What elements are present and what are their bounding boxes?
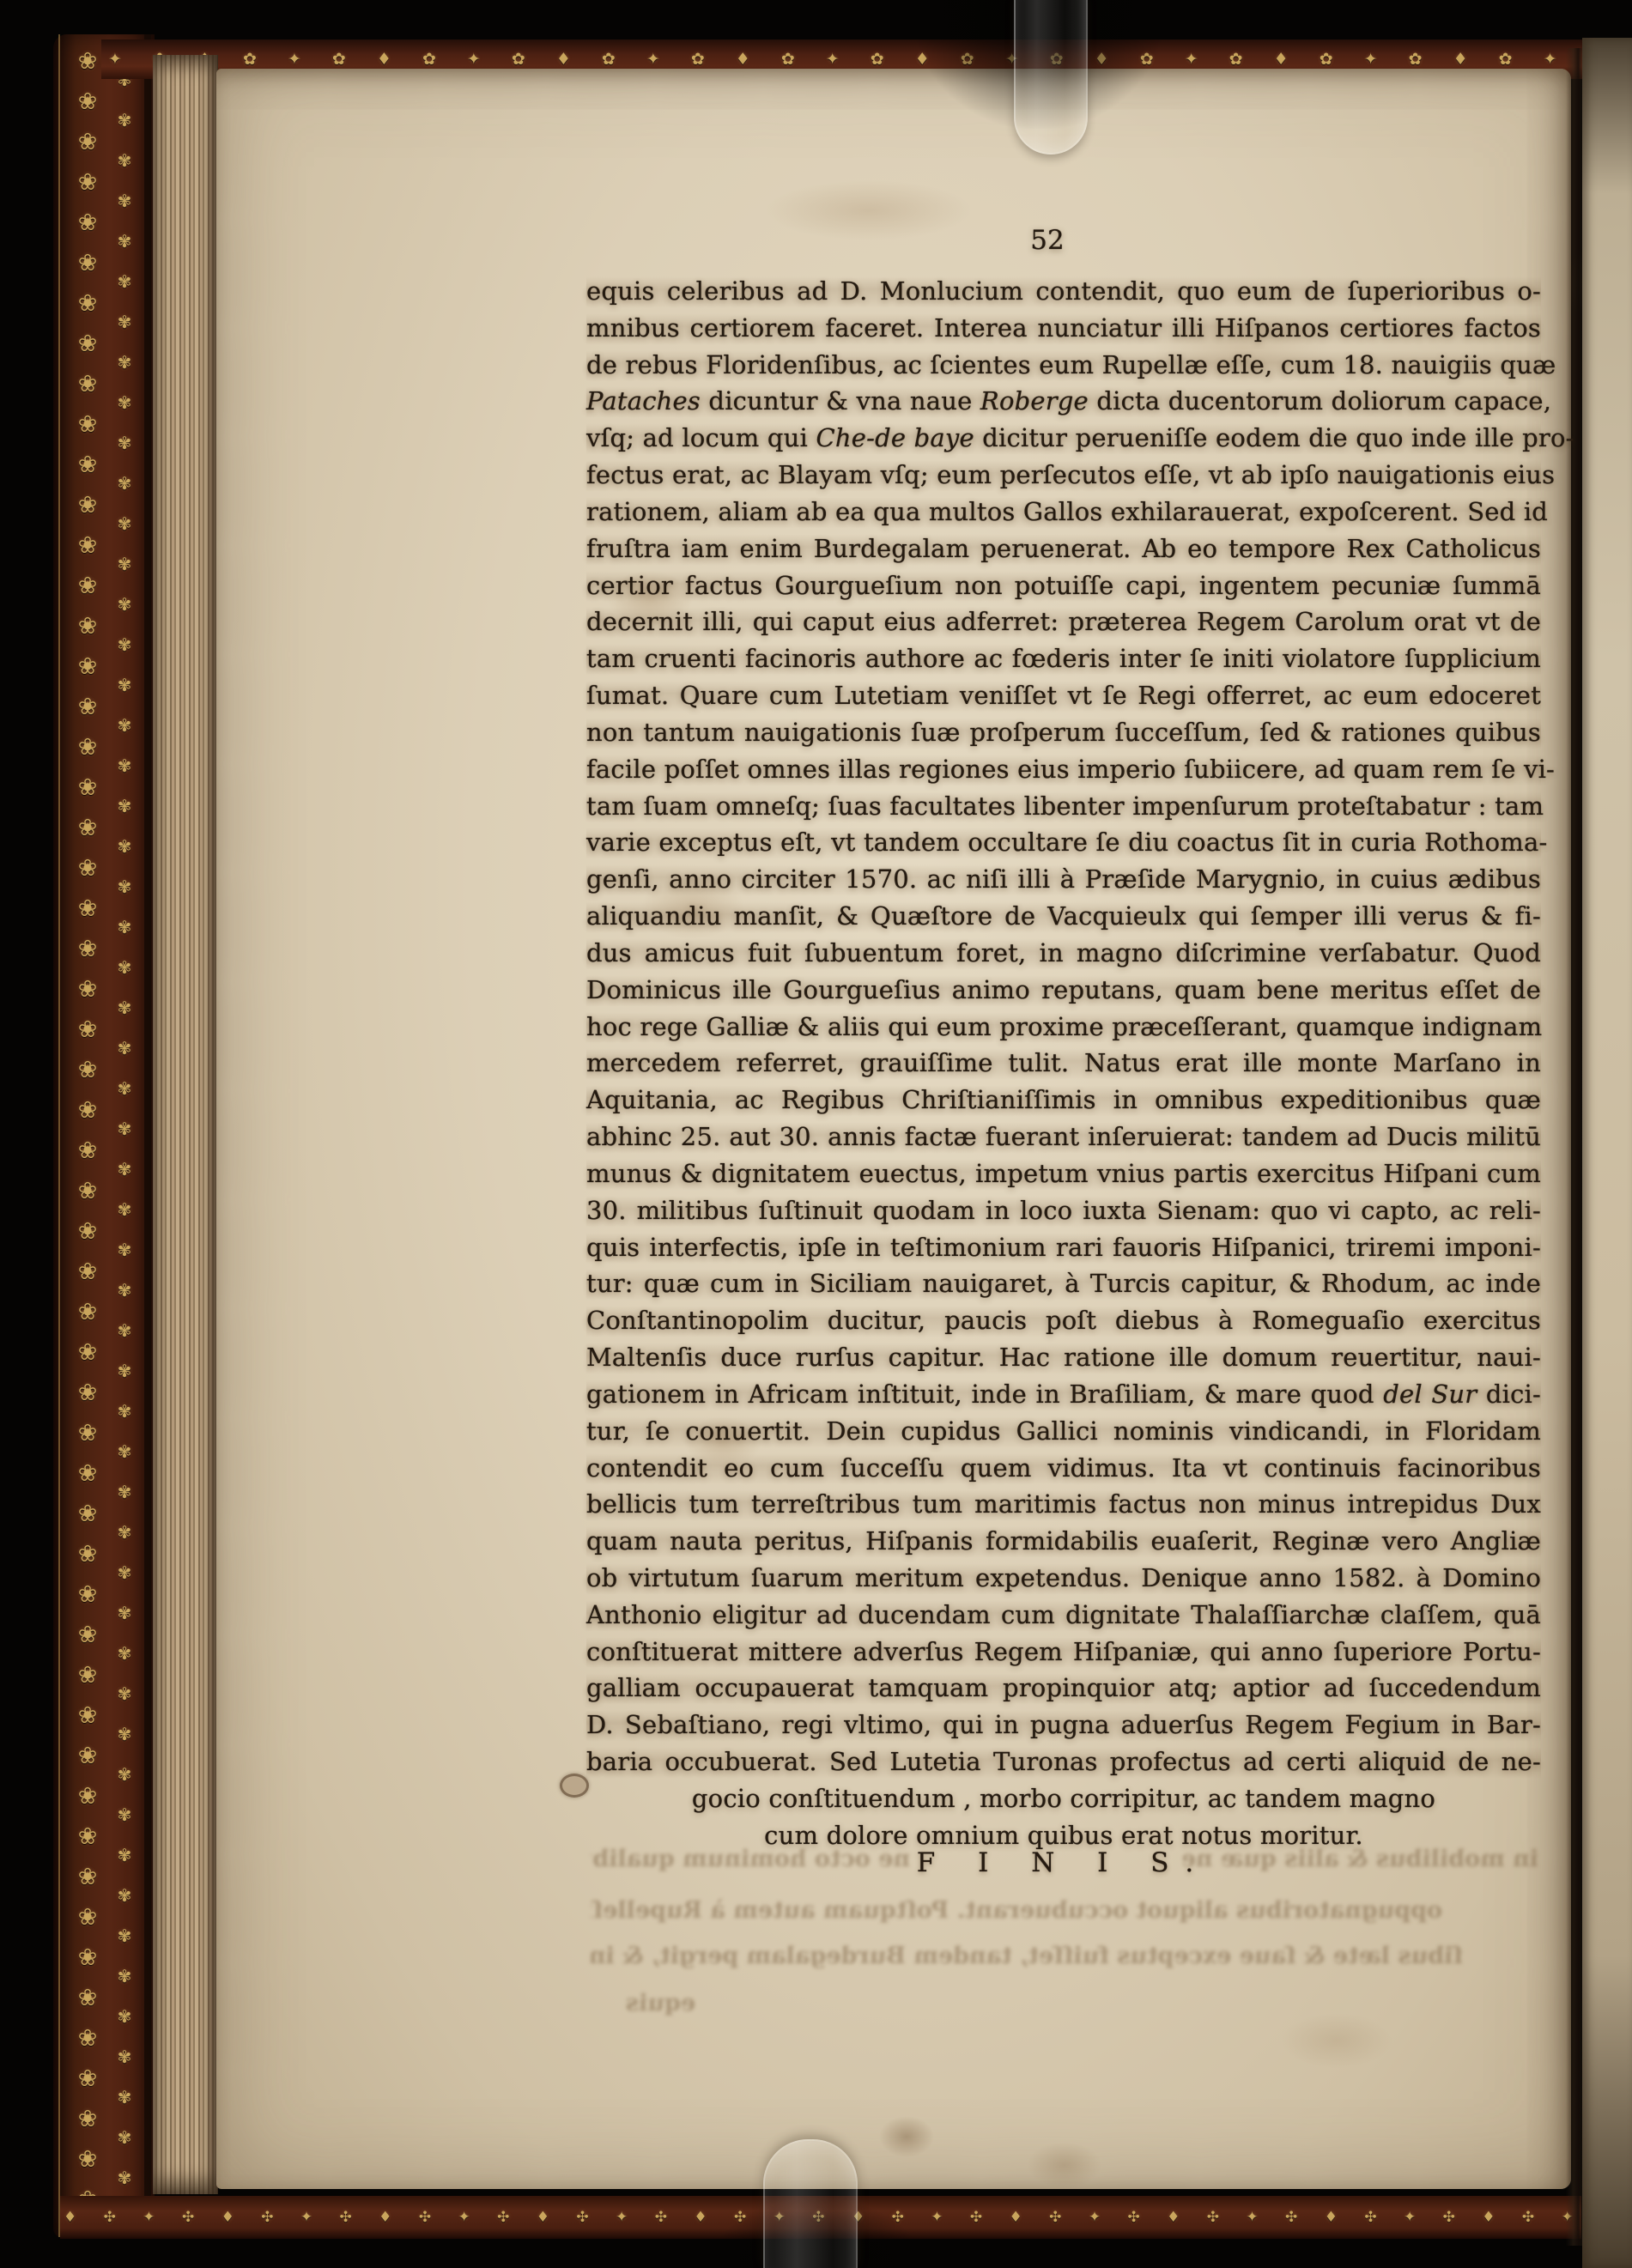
text-segment: quis interfectis, ipſe in teſtimonium ra… [586, 1233, 1541, 1262]
text-line-42: gocio conſtituendum , morbo corripitur, … [586, 1780, 1541, 1817]
text-segment: quam nauta peritus, Hiſpanis formidabili… [586, 1526, 1541, 1555]
leather-binding-left: ❀ ❀ ❀ ❀ ❀ ❀ ❀ ❀ ❀ ❀ ❀ ❀ ❀ ❀ ❀ ❀ ❀ ❀ ❀ ❀ … [53, 34, 155, 2237]
text-segment: de rebus Floridenſibus, ac ſcientes eum … [586, 350, 1556, 379]
text-segment: ſumat. Quare cum Lutetiam veniſſet vt ſe… [586, 681, 1541, 710]
text-line-12: ſumat. Quare cum Lutetiam veniſſet vt ſe… [586, 677, 1541, 714]
paper-stain [1028, 2142, 1101, 2188]
ghost-bleedthrough-line: ne octo hominum qualibus [591, 1846, 910, 1872]
text-segment: bellicis tum terreſtribus tum maritimis … [586, 1489, 1541, 1519]
text-segment: D. Sebaſtiano, regi vltimo, qui in pugna… [586, 1710, 1541, 1739]
text-line-26: 30. militibus ſuſtinuit quodam in loco i… [586, 1192, 1541, 1229]
text-line-22: mercedem referret, grauiſſime tulit. Nat… [586, 1045, 1541, 1082]
latin-text-block: equis celeribus ad D. Monlucium contendi… [586, 273, 1541, 1854]
text-line-9: certior factus Gourgueſium non potuiſſe … [586, 567, 1541, 604]
text-line-7: rationem, aliam ab ea qua multos Gallos … [586, 494, 1541, 531]
text-line-39: galliam occupauerat tamquam propinquior … [586, 1670, 1541, 1707]
text-line-38: conſtituerat mittere adverſus Regem Hiſp… [586, 1634, 1541, 1671]
text-line-3: de rebus Floridenſibus, ac ſcientes eum … [586, 347, 1541, 384]
ghost-bleedthrough-line: in mobilibus & aliis quæ ne [1183, 1846, 1538, 1872]
text-line-13: non tantum nauigationis ſuæ proſperum ſu… [586, 714, 1541, 751]
text-line-20: Dominicus ille Gourgueſius animo reputan… [586, 972, 1541, 1009]
page-fore-edge-stack [153, 55, 218, 2194]
italic-text-segment: Pataches [586, 386, 701, 415]
gutter-shadow [1566, 48, 1583, 2246]
page-holder-strap-top [1014, 0, 1088, 155]
text-segment: Aquitania, ac Regibus Chriſtianiſſimis i… [586, 1085, 1541, 1114]
text-segment: decernit illi, qui caput eius adferret: … [586, 607, 1541, 636]
text-line-27: quis interfectis, ipſe in teſtimonium ra… [586, 1229, 1541, 1266]
paper-stain [1281, 2013, 1392, 2068]
text-line-19: dus amicus fuit ſubuentum foret, in magn… [586, 935, 1541, 972]
text-line-41: baria occubuerat. Sed Lutetia Turonas pr… [586, 1743, 1541, 1780]
text-line-34: bellicis tum terreſtribus tum maritimis … [586, 1486, 1541, 1523]
text-line-18: aliquandiu manſit, & Quæſtore de Vacquie… [586, 898, 1541, 935]
gold-rosette-column-icon: ❀ ❀ ❀ ❀ ❀ ❀ ❀ ❀ ❀ ❀ ❀ ❀ ❀ ❀ ❀ ❀ ❀ ❀ ❀ ❀ … [69, 41, 106, 2237]
text-line-30: Maltenſis duce rurſus capitur. Hac ratio… [586, 1339, 1541, 1376]
text-segment: dus amicus fuit ſubuentum foret, in magn… [586, 938, 1541, 967]
text-line-40: D. Sebaſtiano, regi vltimo, qui in pugna… [586, 1707, 1541, 1743]
text-segment: Dominicus ille Gourgueſius animo reputan… [586, 975, 1541, 1004]
text-segment: facile poſſet omnes illas regiones eius … [586, 755, 1555, 784]
text-line-11: tam cruenti facinoris authore ac fœderis… [586, 640, 1541, 677]
text-line-16: varie exceptus eſt, vt tandem occultare … [586, 824, 1541, 861]
text-segment: tur, ſe conuertit. Dein cupidus Gallici … [586, 1416, 1541, 1446]
text-segment: mnibus certiorem faceret. Interea nuncia… [586, 313, 1541, 343]
italic-text-segment: Che-de baye [816, 423, 974, 452]
ghost-bleedthrough-line: equis [592, 1990, 695, 2016]
text-segment: dici- [1477, 1380, 1541, 1409]
text-line-15: tam ſuam omneſq; ſuas facultates libente… [586, 788, 1541, 825]
text-line-10: decernit illi, qui caput eius adferret: … [586, 603, 1541, 640]
text-segment: fruſtra iam enim Burdegalam peruenerat. … [586, 534, 1541, 563]
text-line-24: abhinc 25. aut 30. annis factæ fuerant i… [586, 1119, 1541, 1155]
text-segment: certior factus Gourgueſium non potuiſſe … [586, 571, 1541, 600]
text-segment: ob virtutum ſuarum meritum expetendus. D… [586, 1563, 1541, 1592]
gold-fillet-line [58, 34, 60, 2237]
text-segment: vſq; ad locum qui [586, 423, 816, 452]
text-segment: fectus erat, ac Blayam vſq; eum perſecut… [586, 460, 1555, 489]
text-segment: contendit eo cum ſucceſſu quem vidimus. … [586, 1453, 1541, 1483]
text-segment: genſi, anno circiter 1570. ac niſi illi … [586, 864, 1541, 894]
text-segment: rationem, aliam ab ea qua multos Gallos … [586, 497, 1548, 526]
text-segment: baria occubuerat. Sed Lutetia Turonas pr… [586, 1747, 1541, 1776]
text-line-14: facile poſſet omnes illas regiones eius … [586, 751, 1541, 788]
text-segment: equis celeribus ad D. Monlucium contendi… [586, 276, 1541, 306]
text-segment: abhinc 25. aut 30. annis factæ fuerant i… [586, 1122, 1541, 1151]
text-segment: Anthonio eligitur ad ducendam cum dignit… [586, 1600, 1541, 1629]
gold-vine-column-icon: ✾ ✾ ✾ ✾ ✾ ✾ ✾ ✾ ✾ ✾ ✾ ✾ ✾ ✾ ✾ ✾ ✾ ✾ ✾ ✾ … [108, 41, 141, 2237]
text-segment: tur: quæ cum in Siciliam nauigaret, à Tu… [586, 1269, 1541, 1298]
text-segment: conſtituerat mittere adverſus Regem Hiſp… [586, 1637, 1541, 1666]
text-segment: munus & dignitatem euectus, impetum vniu… [586, 1159, 1541, 1188]
text-segment: non tantum nauigationis ſuæ proſperum ſu… [586, 718, 1541, 747]
text-line-28: tur: quæ cum in Siciliam nauigaret, à Tu… [586, 1265, 1541, 1302]
text-segment: gocio conſtituendum , morbo corripitur, … [692, 1784, 1435, 1813]
text-segment: Conſtantinopolim ducitur, paucis poſt di… [586, 1306, 1541, 1335]
text-line-33: contendit eo cum ſucceſſu quem vidimus. … [586, 1450, 1541, 1487]
text-segment: dicitur perueniſſe eodem die quo inde il… [974, 423, 1574, 452]
text-segment: dicta ducentorum doliorum capace, [1089, 386, 1551, 415]
text-segment: hoc rege Galliæ & aliis qui eum proxime … [586, 1012, 1542, 1041]
ghost-bleedthrough-line: ſibus læte & ſaue exceptus fuiſſet, tand… [591, 1943, 1463, 1969]
text-line-2: mnibus certiorem faceret. Interea nuncia… [586, 310, 1541, 347]
text-line-6: fectus erat, ac Blayam vſq; eum perſecut… [586, 457, 1541, 494]
text-segment: tam cruenti facinoris authore ac fœderis… [586, 644, 1541, 673]
text-line-37: Anthonio eligitur ad ducendam cum dignit… [586, 1597, 1541, 1634]
text-segment: 30. militibus ſuſtinuit quodam in loco i… [586, 1196, 1541, 1225]
text-segment: dicuntur & vna naue [701, 386, 980, 415]
text-segment: mercedem referret, grauiſſime tulit. Nat… [586, 1048, 1541, 1077]
text-line-21: hoc rege Galliæ & aliis qui eum proxime … [586, 1009, 1541, 1046]
text-line-4: Pataches dicuntur & vna naue Roberge dic… [586, 383, 1541, 420]
italic-text-segment: Roberge [980, 386, 1089, 415]
text-segment: galliam occupauerat tamquam propinquior … [586, 1673, 1541, 1702]
italic-text-segment: del Sur [1383, 1380, 1477, 1409]
text-segment: gationem in Africam inſtituit, inde in B… [586, 1380, 1383, 1409]
text-line-35: quam nauta peritus, Hiſpanis formidabili… [586, 1523, 1541, 1560]
text-segment: aliquandiu manſit, & Quæſtore de Vacquie… [586, 901, 1541, 931]
text-line-36: ob virtutum ſuarum meritum expetendus. D… [586, 1560, 1541, 1597]
ink-ring-stain [560, 1774, 589, 1798]
text-line-8: fruſtra iam enim Burdegalam peruenerat. … [586, 531, 1541, 567]
text-line-31: gationem in Africam inſtituit, inde in B… [586, 1376, 1541, 1413]
page-holder-strap-bottom [763, 2139, 858, 2268]
text-line-32: tur, ſe conuertit. Dein cupidus Gallici … [586, 1413, 1541, 1450]
text-line-1: equis celeribus ad D. Monlucium contendi… [586, 273, 1541, 310]
text-segment: Maltenſis duce rurſus capitur. Hac ratio… [586, 1343, 1541, 1372]
ghost-bleedthrough-line: oppugnatoribus aliquot occubuerant. Poſt… [591, 1897, 1442, 1924]
page-number: 52 [927, 225, 1168, 256]
text-line-23: Aquitania, ac Regibus Chriſtianiſſimis i… [586, 1082, 1541, 1119]
book-photograph: ❀ ❀ ❀ ❀ ❀ ❀ ❀ ❀ ❀ ❀ ❀ ❀ ❀ ❀ ❀ ❀ ❀ ❀ ❀ ❀ … [0, 0, 1632, 2268]
text-line-5: vſq; ad locum qui Che-de baye dicitur pe… [586, 420, 1541, 457]
leather-inner-shadow [144, 34, 151, 2237]
facing-page-sliver [1582, 38, 1632, 2268]
text-line-17: genſi, anno circiter 1570. ac niſi illi … [586, 861, 1541, 898]
text-line-25: munus & dignitatem euectus, impetum vniu… [586, 1155, 1541, 1192]
text-segment: tam ſuam omneſq; ſuas facultates libente… [586, 791, 1544, 821]
text-line-29: Conſtantinopolim ducitur, paucis poſt di… [586, 1302, 1541, 1339]
text-segment: varie exceptus eſt, vt tandem occultare … [586, 828, 1548, 857]
paper-stain [879, 2116, 934, 2157]
